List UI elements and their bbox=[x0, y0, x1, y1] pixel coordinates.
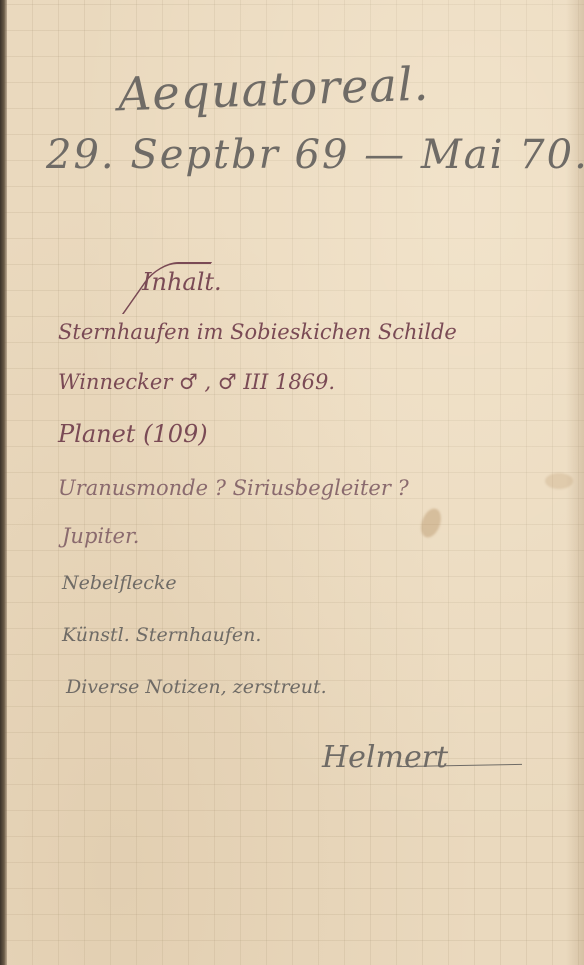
notebook-page: Aequatoreal. 29. Septbr 69 — Mai 70. Inh… bbox=[0, 0, 584, 965]
contents-item: Jupiter. bbox=[62, 524, 139, 548]
contents-item: Sternhaufen im Sobieskichen Schilde bbox=[58, 320, 457, 344]
contents-item: Künstl. Sternhaufen. bbox=[62, 624, 261, 646]
contents-item: Nebelflecke bbox=[62, 572, 177, 594]
signature: Helmert bbox=[322, 740, 448, 775]
contents-item: Planet (109) bbox=[58, 420, 208, 448]
notebook-spine bbox=[0, 0, 7, 965]
contents-item: Uranusmonde ? Siriusbegleiter ? bbox=[58, 476, 409, 500]
stain-spot bbox=[545, 473, 573, 489]
contents-item: Diverse Notizen, zerstreut. bbox=[66, 676, 327, 698]
contents-heading: Inhalt. bbox=[142, 268, 222, 296]
stain-spot bbox=[417, 506, 444, 540]
contents-item: Winnecker ♂ , ♂ III 1869. bbox=[58, 370, 335, 394]
page-title: Aequatoreal. bbox=[117, 57, 430, 122]
date-range: 29. Septbr 69 — Mai 70. bbox=[46, 132, 584, 178]
